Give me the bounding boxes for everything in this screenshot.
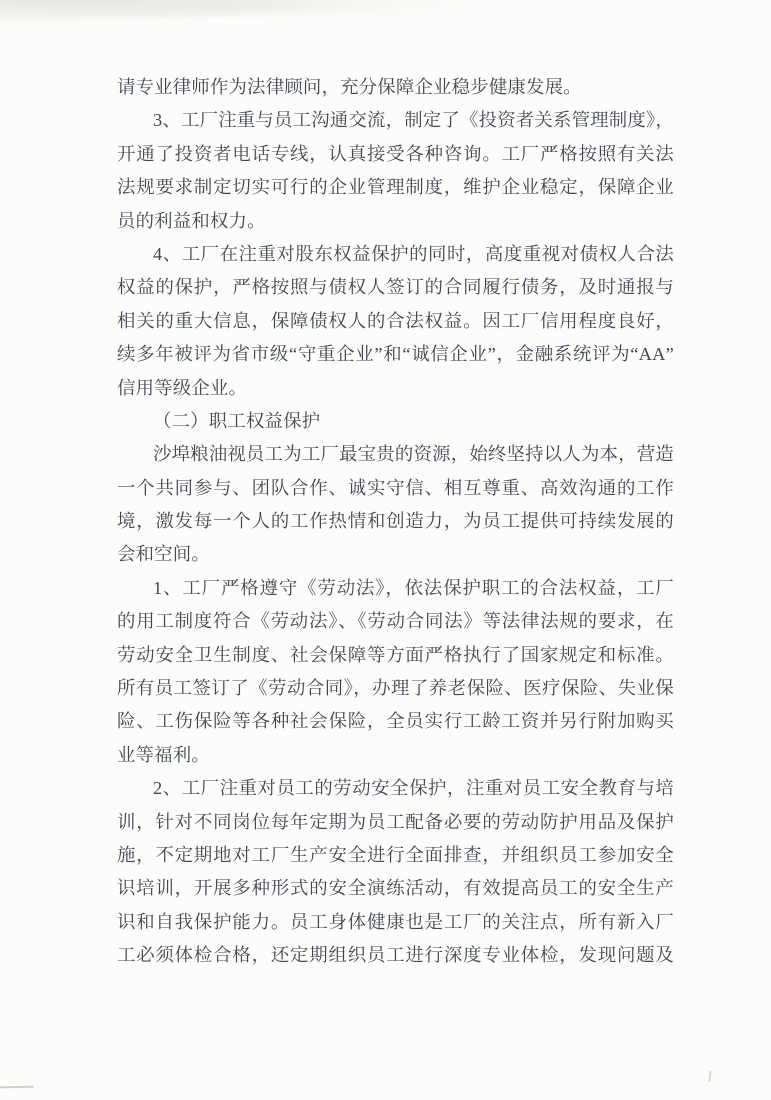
- text-line: 施，不定期地对工厂生产安全进行全面排查，并组织员工参加安全知: [117, 839, 674, 872]
- text-line: 工必须体检合格，还定期组织员工进行深度专业体检，发现问题及时: [117, 939, 674, 972]
- text-line: 一个共同参与、团队合作、诚实守信、相互尊重、高效沟通的工作环: [117, 472, 674, 505]
- text-line: 的用工制度符合《劳动法》、《劳动合同法》等法律法规的要求，在: [117, 605, 674, 638]
- section-heading-line: （二）职工权益保护: [117, 405, 674, 438]
- text-line: 权益的保护，严格按照与债权人签订的合同履行债务，及时通报与其: [117, 271, 674, 304]
- text-line: 法规要求制定切实可行的企业管理制度，维护企业稳定，保障企业全: [117, 171, 674, 204]
- text-line: 识培训，开展多种形式的安全演练活动，有效提高员工的安全生产意: [117, 872, 674, 905]
- text-line: 相关的重大信息，保障债权人的合法权益。因工厂信用程度良好，连: [117, 305, 674, 338]
- text-line: 4、工厂在注重对股东权益保护的同时，高度重视对债权人合法: [117, 238, 674, 271]
- document-text-block: 请专业律师作为法律顾问，充分保障企业稳步健康发展。 3、工厂注重与员工沟通交流，…: [117, 71, 674, 973]
- text-line: 劳动安全卫生制度、社会保障等方面严格执行了国家规定和标准。与: [117, 639, 674, 672]
- text-line: 所有员工签订了《劳动合同》，办理了养老保险、医疗保险、失业保: [117, 672, 674, 705]
- text-line: 会和空间。: [117, 538, 674, 571]
- text-line: 境，激发每一个人的工作热情和创造力，为员工提供可持续发展的机: [117, 505, 674, 538]
- text-line: 训，针对不同岗位每年定期为员工配备必要的劳动防护用品及保护设: [117, 806, 674, 839]
- text-line: 开通了投资者电话专线，认真接受各种咨询。工厂严格按照有关法律: [117, 138, 674, 171]
- text-line: 3、工厂注重与员工沟通交流，制定了《投资者关系管理制度》，: [117, 104, 674, 137]
- text-line: 信用等级企业。: [117, 372, 674, 405]
- scan-artifact-tick-bottom-right: [708, 1071, 711, 1082]
- text-line: 识和自我保护能力。员工身体健康也是工厂的关注点，所有新入厂员: [117, 906, 674, 939]
- text-line: 1、工厂严格遵守《劳动法》，依法保护职工的合法权益，工厂: [117, 572, 674, 605]
- scan-artifact-dash-bottom-left: [0, 1086, 34, 1089]
- text-line: 2、工厂注重对员工的劳动安全保护，注重对员工安全教育与培: [117, 772, 674, 805]
- scanned-document-page: 请专业律师作为法律顾问，充分保障企业稳步健康发展。 3、工厂注重与员工沟通交流，…: [0, 0, 771, 1100]
- text-line: 续多年被评为省市级“守重企业”和“诚信企业”，金融系统评为“AA”: [117, 338, 674, 371]
- text-line: 员的利益和权力。: [117, 205, 674, 238]
- text-line: 业等福利。: [117, 739, 674, 772]
- text-line: 沙埠粮油视员工为工厂最宝贵的资源，始终坚持以人为本，营造: [117, 438, 674, 471]
- text-line: 请专业律师作为法律顾问，充分保障企业稳步健康发展。: [117, 71, 674, 104]
- text-line: 险、工伤保险等各种社会保险，全员实行工龄工资并另行附加购买商: [117, 705, 674, 738]
- scan-smudge-top-edge: [0, 0, 600, 48]
